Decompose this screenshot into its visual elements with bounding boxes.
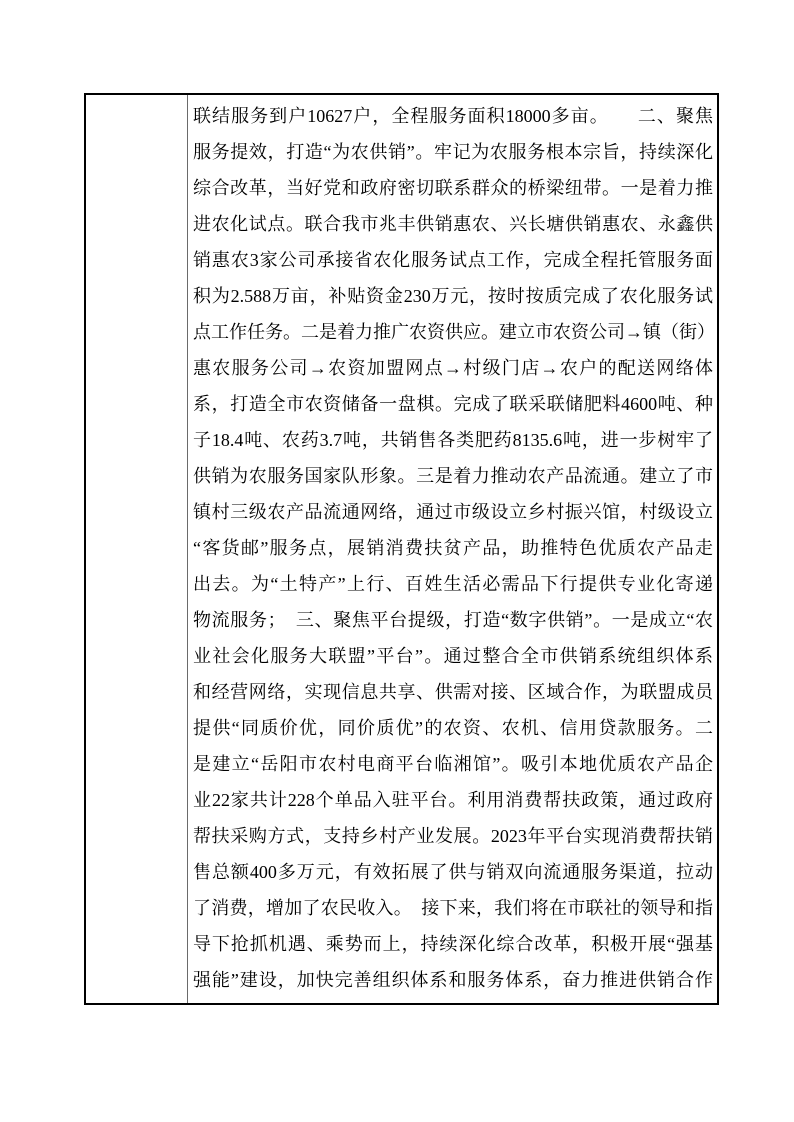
- text-line: 惠农服务公司→农资加盟网点→村级门店→农户的配送网络体: [193, 350, 713, 386]
- text-line: 点工作任务。二是着力推广农资供应。建立市农资公司→镇（街）: [193, 314, 713, 350]
- text-line: 业22家共计228个单品入驻平台。利用消费帮扶政策，通过政府: [193, 782, 713, 818]
- text-line: 镇村三级农产品流通网络，通过市级设立乡村振兴馆，村级设立: [193, 494, 713, 530]
- text-line: 了消费，增加了农民收入。 接下来，我们将在市联社的领导和指: [193, 890, 713, 926]
- text-line: 进农化试点。联合我市兆丰供销惠农、兴长塘供销惠农、永鑫供: [193, 206, 713, 242]
- text-line: 系，打造全市农资储备一盘棋。完成了联采联储肥料4600吨、种: [193, 386, 713, 422]
- text-line: 提供“同质价优，同价质优”的农资、农机、信用贷款服务。二: [193, 710, 713, 746]
- table-label-cell: [86, 95, 188, 1003]
- text-line: “客货邮”服务点，展销消费扶贫产品，助推特色优质农产品走: [193, 530, 713, 566]
- text-line: 销惠农3家公司承接省农化服务试点工作，完成全程托管服务面: [193, 242, 713, 278]
- text-line: 业社会化服务大联盟”平台”。通过整合全市供销系统组织体系: [193, 638, 713, 674]
- text-line: 导下抢抓机遇、乘势而上，持续深化综合改革，积极开展“强基: [193, 926, 713, 962]
- text-line: 子18.4吨、农药3.7吨，共销售各类肥药8135.6吨，进一步树牢了: [193, 422, 713, 458]
- text-line: 供销为农服务国家队形象。三是着力推动农产品流通。建立了市: [193, 458, 713, 494]
- text-line: 联结服务到户10627户，全程服务面积18000多亩。 二、聚焦: [193, 98, 713, 134]
- text-line: 物流服务； 三、聚焦平台提级，打造“数字供销”。一是成立“农: [193, 602, 713, 638]
- text-line: 帮扶采购方式，支持乡村产业发展。2023年平台实现消费帮扶销: [193, 818, 713, 854]
- text-line: 出去。为“土特产”上行、百姓生活必需品下行提供专业化寄递: [193, 566, 713, 602]
- text-line: 和经营网络，实现信息共享、供需对接、区域合作，为联盟成员: [193, 674, 713, 710]
- text-line: 售总额400多万元，有效拓展了供与销双向流通服务渠道，拉动: [193, 854, 713, 890]
- report-table: 联结服务到户10627户，全程服务面积18000多亩。 二、聚焦服务提效，打造“…: [84, 93, 719, 1005]
- text-line: 综合改革，当好党和政府密切联系群众的桥梁纽带。一是着力推: [193, 170, 713, 206]
- text-line: 积为2.588万亩，补贴资金230万元，按时按质完成了农化服务试: [193, 278, 713, 314]
- text-line: 是建立“岳阳市农村电商平台临湘馆”。吸引本地优质农产品企: [193, 746, 713, 782]
- document-page: 联结服务到户10627户，全程服务面积18000多亩。 二、聚焦服务提效，打造“…: [0, 0, 794, 1122]
- text-line: 服务提效，打造“为农供销”。牢记为农服务根本宗旨，持续深化: [193, 134, 713, 170]
- text-line: 强能”建设，加快完善组织体系和服务体系，奋力推进供销合作: [193, 962, 713, 998]
- table-content-cell: 联结服务到户10627户，全程服务面积18000多亩。 二、聚焦服务提效，打造“…: [188, 95, 717, 1003]
